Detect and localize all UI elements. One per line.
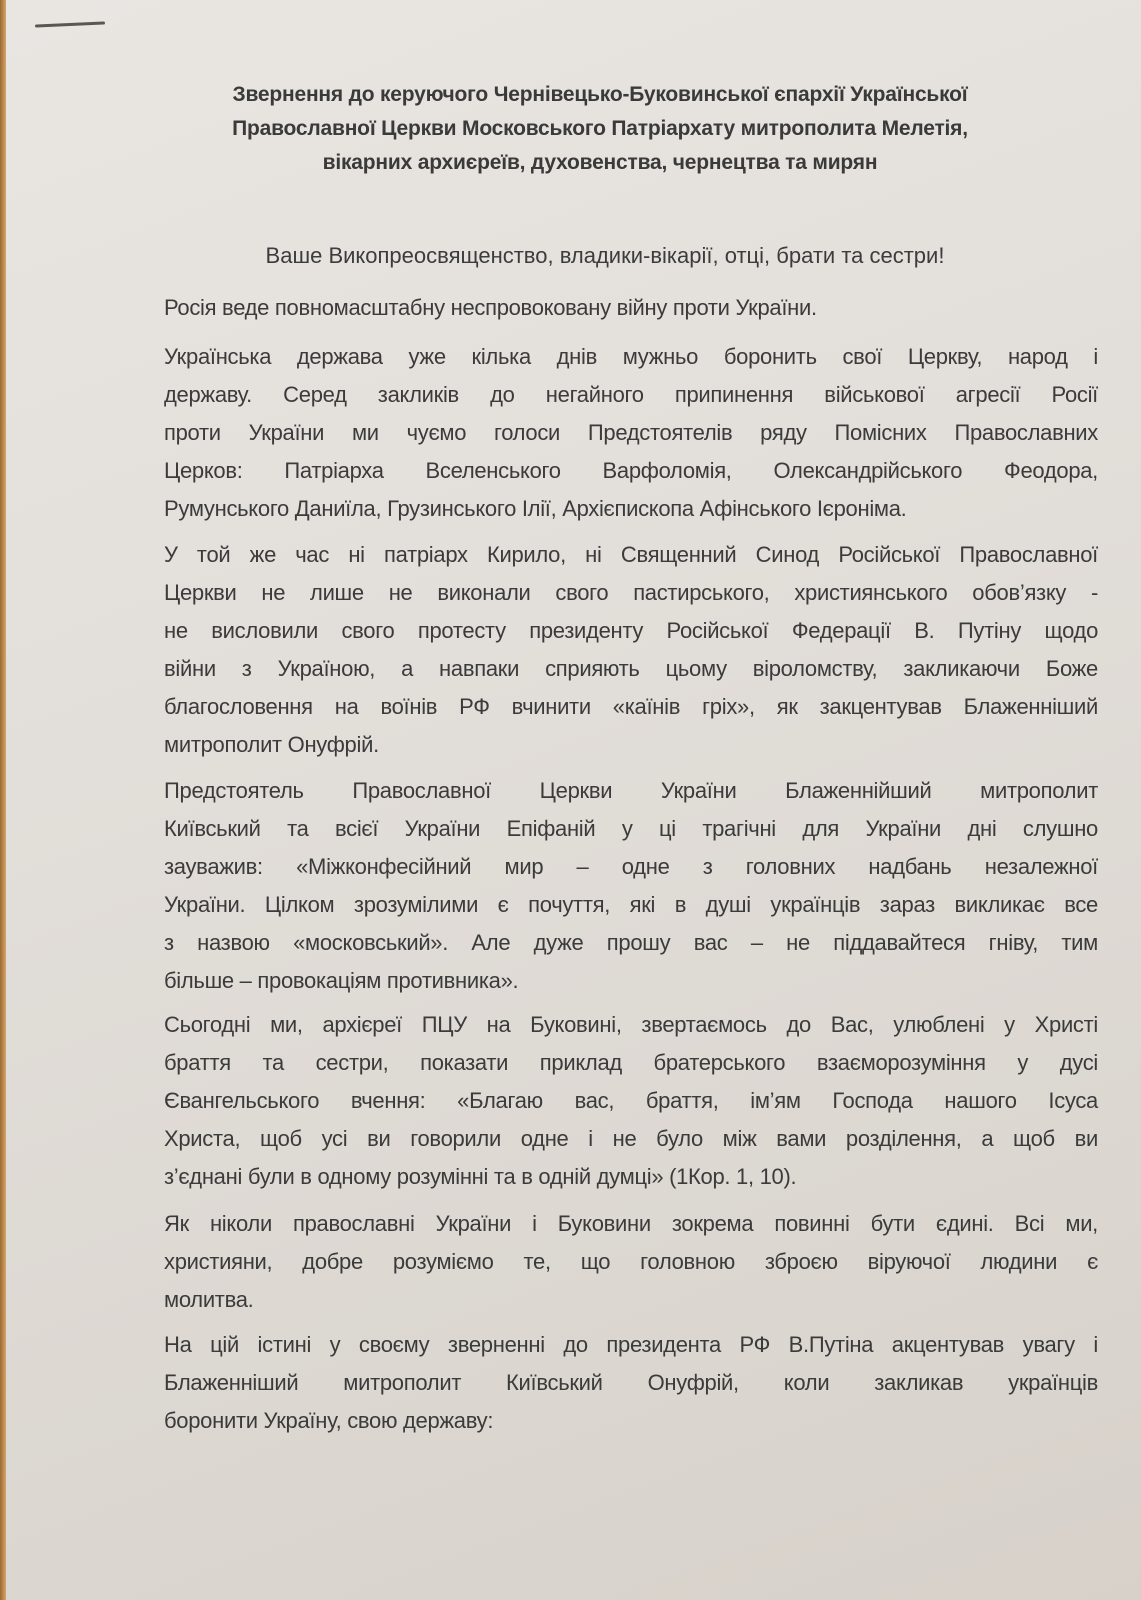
paragraph-line: Як ніколи православні України і Буковини… bbox=[164, 1205, 1098, 1243]
paragraph-line: Предстоятель Православної Церкви України… bbox=[164, 772, 1098, 810]
paragraph-line: Церков: Патріарха Вселенського Варфоломі… bbox=[164, 452, 1098, 490]
title-line-3: вікарних архиєреїв, духовенства, чернецт… bbox=[150, 146, 1050, 180]
paragraph-line: Блаженніший митрополит Київський Онуфрій… bbox=[164, 1364, 1098, 1402]
paragraph-line: християни, добре розуміємо те, що головн… bbox=[164, 1243, 1098, 1281]
paragraph-3: У той же час ні патріарх Кирило, ні Свящ… bbox=[164, 536, 1098, 764]
paragraph-5: Сьогодні ми, архієреї ПЦУ на Буковині, з… bbox=[164, 1006, 1098, 1196]
paragraph-line: України. Цілком зрозумілими є почуття, я… bbox=[164, 886, 1098, 924]
paragraph-2: Українська держава уже кілька днів мужнь… bbox=[164, 338, 1098, 528]
paragraph-line: Христа, щоб усі ви говорили одне і не бу… bbox=[164, 1120, 1098, 1158]
title-line-2: Православної Церкви Московського Патріар… bbox=[150, 112, 1050, 146]
paragraph-line: митрополит Онуфрій. bbox=[164, 726, 1098, 764]
paragraph-6: Як ніколи православні України і Буковини… bbox=[164, 1205, 1098, 1319]
paragraph-line: Церкви не лише не виконали свого пастирс… bbox=[164, 574, 1098, 612]
document-title: Звернення до керуючого Чернівецько-Буков… bbox=[150, 78, 1050, 180]
paragraph-line: Сьогодні ми, архієреї ПЦУ на Буковині, з… bbox=[164, 1006, 1098, 1044]
greeting: Ваше Викопреосвященство, владики-вікарії… bbox=[150, 243, 1060, 269]
paragraph-line: Румунського Даниїла, Грузинського Ілії, … bbox=[164, 490, 1098, 528]
paragraph-line: молитва. bbox=[164, 1281, 1098, 1319]
paragraph-line: державу. Серед закликів до негайного при… bbox=[164, 376, 1098, 414]
paragraph-line: не висловили свого протесту президенту Р… bbox=[164, 612, 1098, 650]
paragraph-line: Київський та всієї України Епіфаній у ці… bbox=[164, 810, 1098, 848]
paragraph-7: На цій істині у своєму зверненні до през… bbox=[164, 1326, 1098, 1440]
paragraph-line: з назвою «московський». Але дуже прошу в… bbox=[164, 924, 1098, 962]
paragraph-line: браття та сестри, показати приклад брате… bbox=[164, 1044, 1098, 1082]
paragraph-line: війни з Україною, а навпаки сприяють цьо… bbox=[164, 650, 1098, 688]
paragraph-line: На цій істині у своєму зверненні до през… bbox=[164, 1326, 1098, 1364]
paragraph-line: зауважив: «Міжконфесійний мир – одне з г… bbox=[164, 848, 1098, 886]
paragraph-line: Євангельського вчення: «Благаю вас, брат… bbox=[164, 1082, 1098, 1120]
paragraph-line: Українська держава уже кілька днів мужнь… bbox=[164, 338, 1098, 376]
pen-mark bbox=[35, 21, 105, 27]
paragraph-line: У той же час ні патріарх Кирило, ні Свящ… bbox=[164, 536, 1098, 574]
title-line-1: Звернення до керуючого Чернівецько-Буков… bbox=[150, 78, 1050, 112]
paragraph-line: благословення на воїнів РФ вчинити «каїн… bbox=[164, 688, 1098, 726]
paragraph-line: боронити Україну, свою державу: bbox=[164, 1402, 1098, 1440]
paragraph-4: Предстоятель Православної Церкви України… bbox=[164, 772, 1098, 1000]
paragraph-line: проти України ми чуємо голоси Предстояте… bbox=[164, 414, 1098, 452]
paragraph-line: з’єднані були в одному розумінні та в од… bbox=[164, 1158, 1098, 1196]
paragraph-1: Росія веде повномасштабну неспровоковану… bbox=[164, 289, 1098, 327]
paragraph-line: більше – провокаціям противника». bbox=[164, 962, 1098, 1000]
paragraph-line: Росія веде повномасштабну неспровоковану… bbox=[164, 289, 1098, 327]
